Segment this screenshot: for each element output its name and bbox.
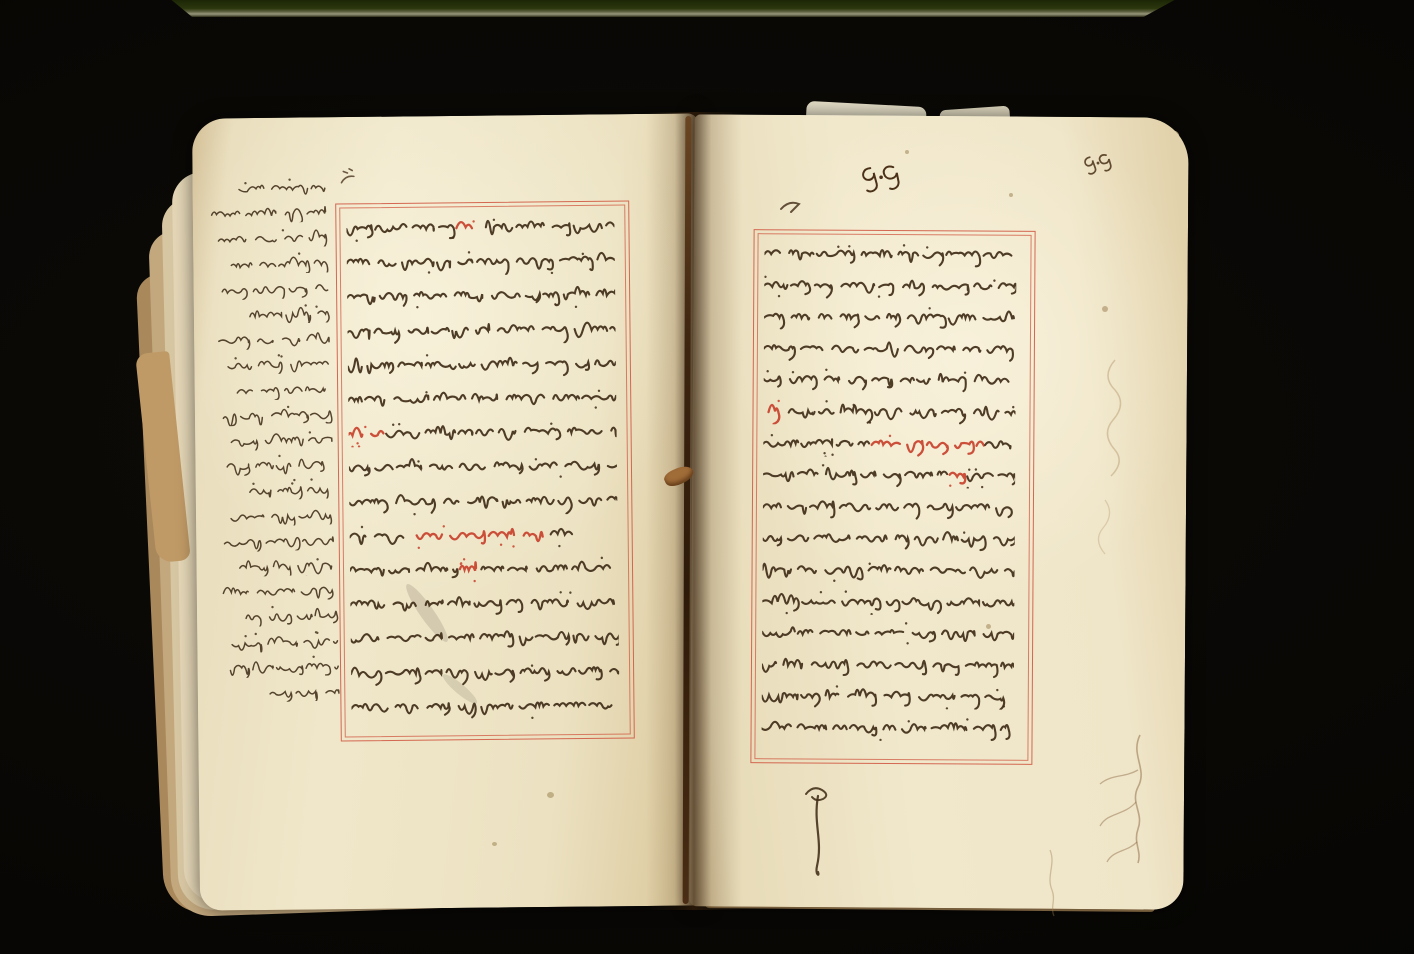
catchword xyxy=(794,780,858,880)
manuscript-line xyxy=(351,652,619,691)
left-page-line xyxy=(348,379,616,414)
margin-note-script xyxy=(213,477,336,502)
manuscript-line xyxy=(349,481,617,520)
folio-number xyxy=(855,158,914,195)
right-page-line xyxy=(764,236,1016,268)
paper-stain-dot xyxy=(1009,193,1013,197)
margin-note-script xyxy=(214,502,337,527)
right-page-line xyxy=(763,394,1015,426)
right-page-line xyxy=(764,268,1016,300)
manuscript-line xyxy=(348,379,616,418)
margin-note-script xyxy=(211,401,334,426)
table-edge xyxy=(156,0,1190,17)
paper-stain-dot xyxy=(905,150,909,154)
margin-note-script xyxy=(218,653,341,678)
left-text-frame xyxy=(335,200,635,741)
margin-note-script xyxy=(212,426,335,451)
left-page-line xyxy=(349,481,617,516)
binding-gutter xyxy=(646,112,742,910)
manuscript-line xyxy=(764,299,1016,335)
left-page-line xyxy=(351,652,619,687)
left-page-line xyxy=(351,618,619,653)
manuscript-line xyxy=(763,394,1015,430)
manuscript-line xyxy=(762,647,1014,683)
marginal-annotation xyxy=(204,174,343,717)
margin-note-script xyxy=(209,351,332,376)
margin-note-line xyxy=(219,678,342,707)
manuscript-line xyxy=(764,363,1016,399)
scribe-tick-mark xyxy=(778,196,806,218)
margin-note-script xyxy=(206,225,329,250)
paper-stain-dot xyxy=(1102,306,1108,312)
margin-note-script xyxy=(216,577,339,602)
margin-note-script xyxy=(216,603,339,628)
paper-stain-cracks xyxy=(990,730,1190,930)
margin-note-script xyxy=(214,527,337,552)
manuscript-photograph xyxy=(0,0,1414,954)
left-page-line xyxy=(349,447,617,482)
margin-note-script xyxy=(207,250,330,275)
margin-note-script xyxy=(205,200,328,225)
right-page-line xyxy=(763,521,1015,553)
paper-stain-dot xyxy=(986,624,991,629)
paper-stain-dot xyxy=(492,842,497,846)
right-page-line xyxy=(762,679,1014,711)
manuscript-line xyxy=(762,552,1014,588)
manuscript-line xyxy=(763,457,1015,493)
right-text-block xyxy=(761,234,1028,760)
left-page-line xyxy=(348,344,616,379)
right-text-frame xyxy=(750,229,1035,765)
left-page-line xyxy=(346,208,614,243)
margin-note-script xyxy=(217,628,340,653)
manuscript-line xyxy=(764,268,1016,304)
right-page-line xyxy=(762,647,1014,679)
manuscript-line xyxy=(764,236,1016,272)
left-page-line xyxy=(349,515,617,550)
right-page-line xyxy=(762,710,1014,742)
right-page-line xyxy=(762,552,1014,584)
left-page-line xyxy=(348,413,616,448)
right-page-line xyxy=(762,584,1014,616)
margin-note-script xyxy=(212,452,335,477)
manuscript-line xyxy=(347,276,615,315)
margin-note-script xyxy=(207,275,330,300)
paper-stain-worm xyxy=(1075,350,1165,580)
left-page-line xyxy=(351,686,619,721)
manuscript-line xyxy=(349,447,617,486)
right-page-line xyxy=(763,489,1015,521)
manuscript-line xyxy=(347,310,615,349)
manuscript-line xyxy=(346,208,614,247)
manuscript-line xyxy=(349,515,617,554)
margin-note-script xyxy=(210,376,333,401)
manuscript-line xyxy=(348,413,616,452)
margin-note-script xyxy=(209,326,332,351)
manuscript-line xyxy=(350,550,618,589)
margin-note-script xyxy=(215,552,338,577)
margin-note-script xyxy=(204,174,327,199)
manuscript-line xyxy=(763,426,1015,462)
manuscript-line xyxy=(347,242,615,281)
left-page-line xyxy=(347,276,615,311)
manuscript-line xyxy=(762,679,1014,715)
manuscript-line xyxy=(761,710,1013,746)
left-page-line xyxy=(347,310,615,345)
right-page-line xyxy=(764,299,1016,331)
manuscript-line xyxy=(764,331,1016,367)
scribe-mark-above-frame xyxy=(335,165,361,191)
margin-note-script xyxy=(208,300,331,325)
manuscript-line xyxy=(762,615,1014,651)
right-page-line xyxy=(764,363,1016,395)
left-page-line xyxy=(347,242,615,277)
paper-stain-dot xyxy=(547,792,554,798)
right-page-line xyxy=(763,426,1015,458)
manuscript-line xyxy=(351,618,619,657)
right-page-line xyxy=(763,457,1015,489)
left-page-line xyxy=(350,550,618,585)
margin-note-script xyxy=(219,678,342,703)
manuscript-line xyxy=(350,584,618,623)
manuscript-line xyxy=(763,521,1015,557)
manuscript-line xyxy=(762,584,1014,620)
manuscript-line xyxy=(763,489,1015,525)
right-page-line xyxy=(764,331,1016,363)
left-page-line xyxy=(350,584,618,619)
right-page-line xyxy=(762,615,1014,647)
manuscript-line xyxy=(351,686,619,725)
manuscript-line xyxy=(348,344,616,383)
left-text-block xyxy=(346,206,628,737)
